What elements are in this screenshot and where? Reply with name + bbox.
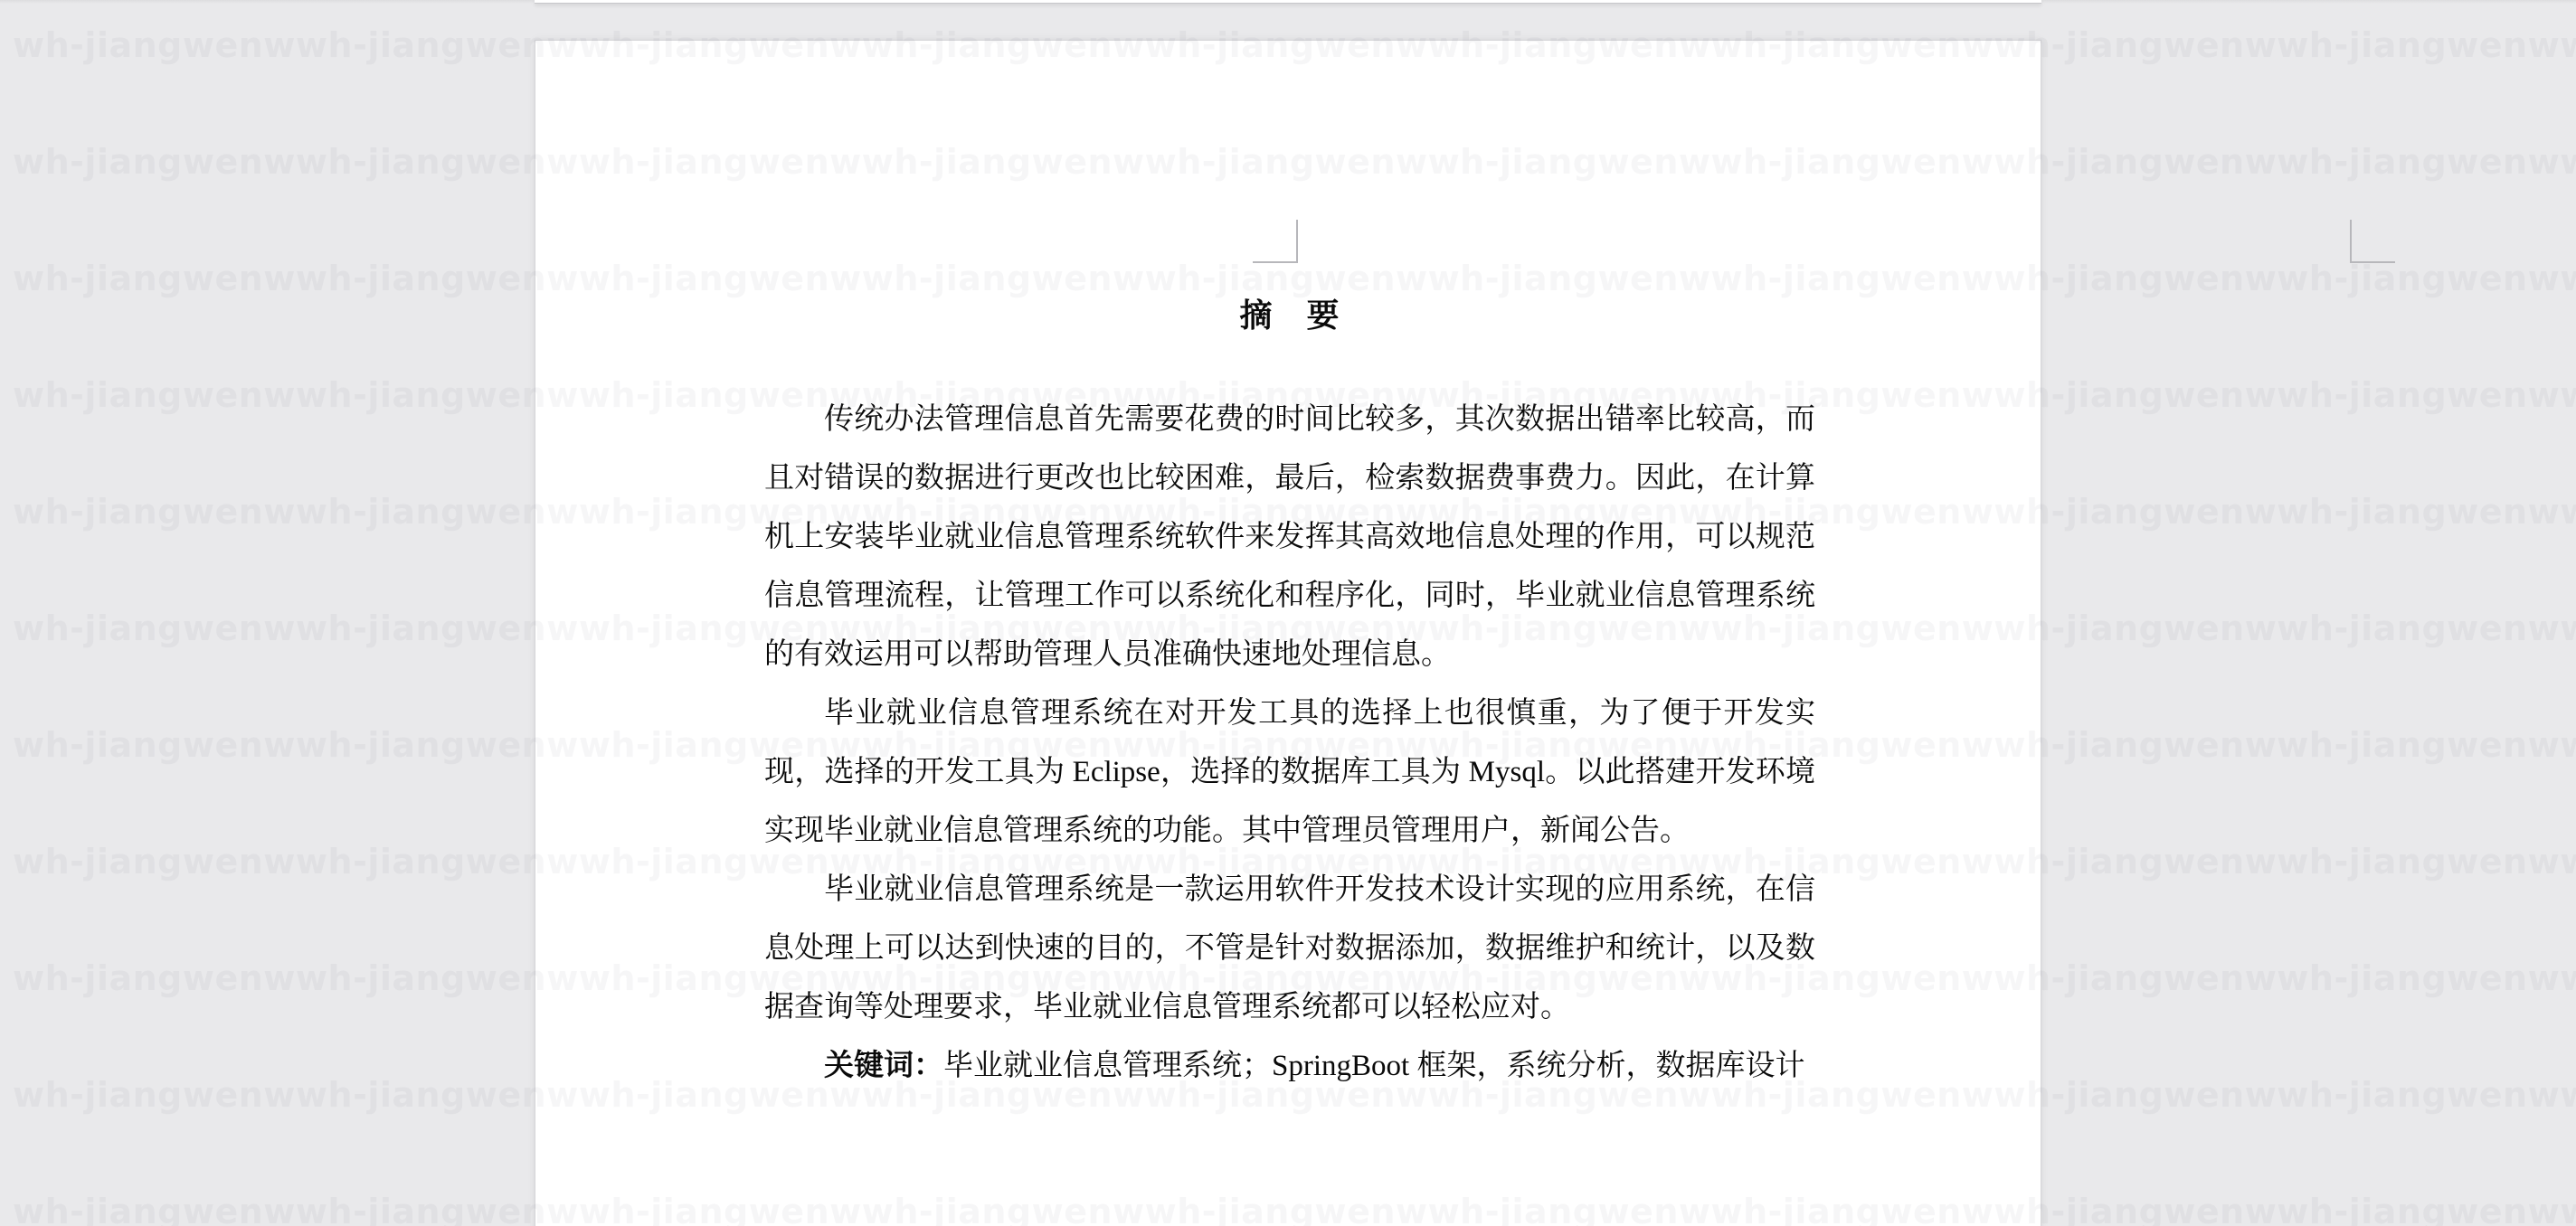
paragraphs: 传统办法管理信息首先需要花费的时间比较多，其次数据出错率比较高，而且对错误的数据… [764,391,1815,1037]
keywords-line: 关键词：毕业就业信息管理系统；SpringBoot 框架，系统分析，数据库设计 [764,1037,1815,1096]
text-line: 的有效运用可以帮助管理人员准确快速地处理信息。 [764,626,1815,684]
paragraph: 传统办法管理信息首先需要花费的时间比较多，其次数据出错率比较高，而且对错误的数据… [764,391,1815,684]
text-line: 现，选择的开发工具为 Eclipse，选择的数据库工具为 Mysql。以此搭建开… [764,743,1815,802]
text-line: 传统办法管理信息首先需要花费的时间比较多，其次数据出错率比较高，而 [764,391,1815,449]
keywords-label: 关键词： [824,1050,943,1082]
previous-page-edge [535,0,2041,4]
text-line: 且对错误的数据进行更改也比较困难，最后，检索数据费事费力。因此，在计算 [764,449,1815,508]
document-body: 摘 要 传统办法管理信息首先需要花费的时间比较多，其次数据出错率比较高，而且对错… [764,41,1815,1096]
keywords-text: 毕业就业信息管理系统；SpringBoot 框架，系统分析，数据库设计 [943,1050,1804,1082]
text-line: 息处理上可以达到快速的目的，不管是针对数据添加，数据维护和统计，以及数 [764,919,1815,978]
text-line: 机上安装毕业就业信息管理系统软件来发挥其高效地信息处理的作用，可以规范 [764,508,1815,567]
text-line: 毕业就业信息管理系统在对开发工具的选择上也很慎重，为了便于开发实 [764,684,1815,743]
text-line: 实现毕业就业信息管理系统的功能。其中管理员管理用户，新闻公告。 [764,802,1815,861]
document-canvas[interactable]: 摘 要 传统办法管理信息首先需要花费的时间比较多，其次数据出错率比较高，而且对错… [0,0,2576,1226]
margin-mark-top-right [2350,220,2395,263]
paragraph: 毕业就业信息管理系统是一款运用软件开发技术设计实现的应用系统，在信息处理上可以达… [764,861,1815,1037]
text-line: 毕业就业信息管理系统是一款运用软件开发技术设计实现的应用系统，在信 [764,861,1815,919]
paragraph: 毕业就业信息管理系统在对开发工具的选择上也很慎重，为了便于开发实现，选择的开发工… [764,684,1815,861]
document-page[interactable]: 摘 要 传统办法管理信息首先需要花费的时间比较多，其次数据出错率比较高，而且对错… [535,40,2041,1226]
text-line: 信息管理流程，让管理工作可以系统化和程序化，同时，毕业就业信息管理系统 [764,567,1815,626]
document-title: 摘 要 [764,294,1815,337]
text-line: 据查询等处理要求，毕业就业信息管理系统都可以轻松应对。 [764,978,1815,1037]
